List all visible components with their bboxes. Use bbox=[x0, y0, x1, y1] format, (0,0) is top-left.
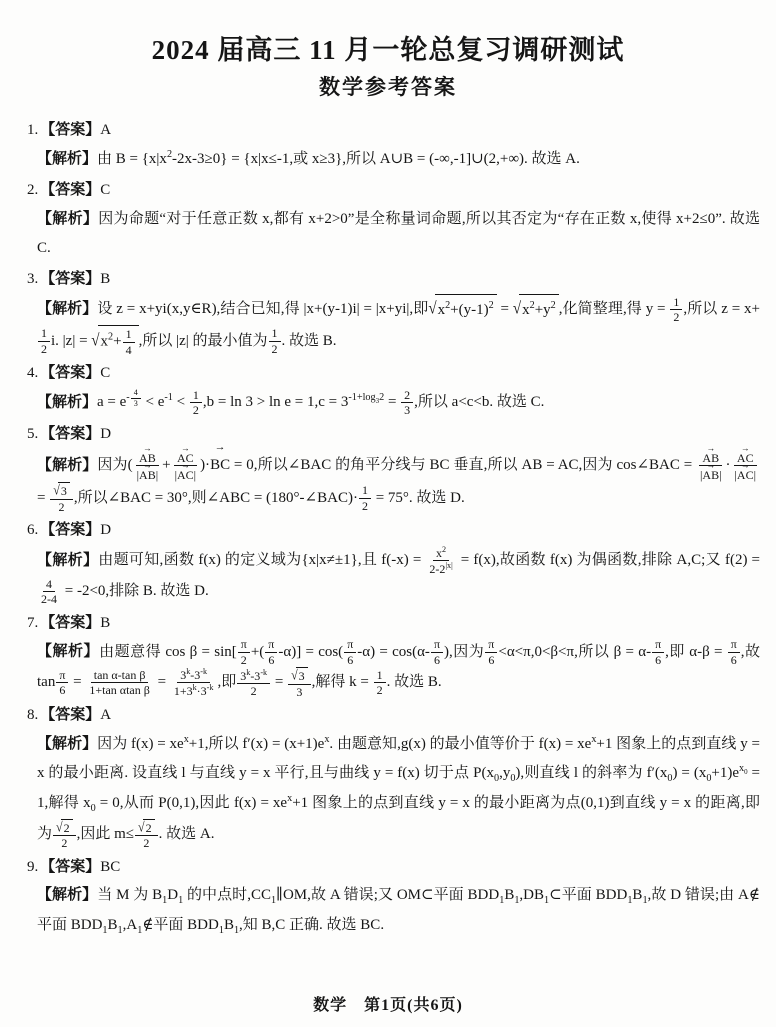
analysis-body: 因为 f(x) = xex+1,所以 f′(x) = (x+1)ex. 由题意知… bbox=[37, 736, 760, 842]
fraction: √22 bbox=[134, 819, 159, 851]
fraction: π6 bbox=[484, 637, 498, 667]
fraction: x22-2|x| bbox=[425, 545, 456, 577]
analysis-body: 由题意得 cos β = sin[π2+(π6-α)] = cos(π6-α) … bbox=[37, 644, 760, 691]
answer-line: 6.【答案】D bbox=[27, 517, 776, 545]
answer-block: 3.【答案】B 【解析】设 z = x+yi(x,y∈R),结合已知,得 |x+… bbox=[0, 266, 776, 357]
sqrt-radical: √2 bbox=[56, 819, 73, 835]
answer-line: 5.【答案】D bbox=[27, 421, 776, 449]
answer-block: 5.【答案】D 【解析】因为(AB|AB|+AC|AC|)·BC = 0,所以∠… bbox=[0, 421, 776, 514]
answer-block: 6.【答案】D 【解析】由题可知,函数 f(x) 的定义域为{x|x≠±1},且… bbox=[0, 517, 776, 606]
answer-label: 【答案】 bbox=[40, 365, 100, 381]
fraction: 12 bbox=[37, 326, 51, 356]
fraction: 42-4 bbox=[37, 577, 61, 607]
answer-line: 3.【答案】B bbox=[27, 266, 776, 294]
fraction: π6 bbox=[430, 637, 444, 667]
answer-label: 【答案】 bbox=[40, 707, 100, 723]
answer-label: 【答案】 bbox=[40, 122, 100, 138]
fraction: π6 bbox=[727, 637, 741, 667]
answer-block: 4.【答案】C 【解析】a = e-43 < e-1 < 12,b = ln 3… bbox=[0, 360, 776, 418]
analysis-body: a = e-43 < e-1 < 12,b = ln 3 > ln e = 1,… bbox=[97, 394, 544, 410]
analysis-label: 【解析】 bbox=[37, 644, 99, 660]
fraction: π6 bbox=[651, 637, 665, 667]
answers-list: 1.【答案】A 【解析】由 B = {x|x2-2x-3≥0} = {x|x≤-… bbox=[0, 117, 776, 941]
analysis-body: 设 z = x+yi(x,y∈R),结合已知,得 |x+(y-1)i| = |x… bbox=[37, 301, 760, 349]
vector-arrow: BC bbox=[210, 451, 230, 480]
analysis-body: 因为命题“对于任意正数 x,都有 x+2>0”是全称量词命题,所以其否定为“存在… bbox=[37, 211, 760, 256]
analysis-label: 【解析】 bbox=[37, 211, 98, 227]
answer-block: 2.【答案】C 【解析】因为命题“对于任意正数 x,都有 x+2>0”是全称量词… bbox=[0, 177, 776, 263]
analysis-paragraph: 【解析】因为(AB|AB|+AC|AC|)·BC = 0,所以∠BAC 的角平分… bbox=[37, 449, 760, 515]
answer-label: 【答案】 bbox=[40, 271, 100, 287]
answer-label: 【答案】 bbox=[40, 615, 100, 631]
fraction: 14 bbox=[122, 327, 136, 357]
answer-label: 【答案】 bbox=[40, 859, 100, 875]
answer-line: 8.【答案】A bbox=[27, 702, 776, 730]
document-page: 2024 届高三 11 月一轮总复习调研测试 数学参考答案 1.【答案】A 【解… bbox=[0, 0, 776, 941]
analysis-label: 【解析】 bbox=[37, 394, 97, 410]
answer-block: 1.【答案】A 【解析】由 B = {x|x2-2x-3≥0} = {x|x≤-… bbox=[0, 117, 776, 174]
analysis-paragraph: 【解析】因为 f(x) = xex+1,所以 f′(x) = (x+1)ex. … bbox=[37, 730, 760, 851]
question-number: 8. bbox=[27, 707, 38, 723]
question-number: 6. bbox=[27, 522, 38, 538]
fraction: 3k-3-k1+3k·3-k bbox=[170, 667, 218, 699]
fraction: AB|AB| bbox=[133, 449, 162, 483]
fraction: 12 bbox=[373, 668, 387, 698]
analysis-label: 【解析】 bbox=[37, 736, 97, 752]
answer-letter: C bbox=[100, 365, 110, 381]
sqrt-radical: √x2+14 bbox=[91, 325, 138, 357]
page-title: 2024 届高三 11 月一轮总复习调研测试 bbox=[0, 28, 776, 67]
fraction: √33 bbox=[287, 667, 312, 699]
fraction: √32 bbox=[49, 482, 74, 514]
fraction: 12 bbox=[268, 326, 282, 356]
fraction: π6 bbox=[343, 637, 357, 667]
answer-letter: A bbox=[100, 122, 111, 138]
analysis-label: 【解析】 bbox=[37, 301, 97, 317]
sqrt-radical: √3 bbox=[291, 667, 308, 683]
answer-line: 1.【答案】A bbox=[27, 117, 776, 145]
fraction: AC|AC| bbox=[731, 449, 760, 483]
answer-letter: B bbox=[100, 615, 110, 631]
answer-letter: A bbox=[100, 707, 111, 723]
fraction: 12 bbox=[189, 388, 203, 418]
answer-block: 8.【答案】A 【解析】因为 f(x) = xex+1,所以 f′(x) = (… bbox=[0, 702, 776, 851]
answer-line: 4.【答案】C bbox=[27, 360, 776, 388]
analysis-label: 【解析】 bbox=[37, 151, 97, 167]
fraction: 23 bbox=[400, 388, 414, 418]
vector-arrow: AB bbox=[702, 468, 719, 482]
question-number: 7. bbox=[27, 615, 38, 631]
fraction: tan α-tan β1+tan αtan β bbox=[85, 668, 153, 698]
answer-label: 【答案】 bbox=[40, 182, 100, 198]
fraction: 43 bbox=[130, 388, 142, 409]
page-subtitle: 数学参考答案 bbox=[0, 71, 776, 101]
fraction: π6 bbox=[264, 637, 278, 667]
analysis-paragraph: 【解析】设 z = x+yi(x,y∈R),结合已知,得 |x+(y-1)i| … bbox=[37, 294, 760, 357]
fraction: 12 bbox=[669, 295, 683, 325]
answer-label: 【答案】 bbox=[40, 426, 100, 442]
fraction: π2 bbox=[237, 637, 251, 667]
fraction: π6 bbox=[55, 668, 69, 698]
fraction: AC|AC| bbox=[171, 449, 200, 483]
analysis-body: 当 M 为 B1D1 的中点时,CC1∥OM,故 A 错误;又 OM⊂平面 BD… bbox=[37, 887, 760, 933]
analysis-label: 【解析】 bbox=[37, 457, 97, 473]
question-number: 5. bbox=[27, 426, 38, 442]
vector-arrow: AB bbox=[139, 468, 156, 482]
question-number: 3. bbox=[27, 271, 38, 287]
analysis-body: 由 B = {x|x2-2x-3≥0} = {x|x≤-1,或 x≥3},所以 … bbox=[97, 151, 580, 167]
sqrt-radical: √x2+(y-1)2 bbox=[428, 294, 496, 325]
vector-arrow: AC bbox=[177, 468, 194, 482]
fraction: AB|AB| bbox=[696, 449, 725, 483]
analysis-label: 【解析】 bbox=[37, 552, 98, 568]
analysis-paragraph: 【解析】因为命题“对于任意正数 x,都有 x+2>0”是全称量词命题,所以其否定… bbox=[37, 205, 760, 264]
answer-label: 【答案】 bbox=[40, 522, 100, 538]
analysis-body: 由题可知,函数 f(x) 的定义域为{x|x≠±1},且 f(-x) = x22… bbox=[37, 552, 760, 599]
answer-letter: D bbox=[100, 522, 111, 538]
sqrt-radical: √2 bbox=[138, 819, 155, 835]
vector-arrow: AC bbox=[737, 468, 754, 482]
question-number: 2. bbox=[27, 182, 38, 198]
fraction: 3k-3-k2 bbox=[236, 668, 271, 699]
answer-letter: BC bbox=[100, 859, 120, 875]
answer-line: 9.【答案】BC bbox=[27, 854, 776, 882]
question-number: 4. bbox=[27, 365, 38, 381]
fraction: √22 bbox=[52, 819, 77, 851]
analysis-body: 因为(AB|AB|+AC|AC|)·BC = 0,所以∠BAC 的角平分线与 B… bbox=[37, 457, 760, 506]
page-footer: 数学 第1页(共6页) bbox=[0, 992, 776, 1015]
answer-line: 2.【答案】C bbox=[27, 177, 776, 205]
sqrt-radical: √x2+y2 bbox=[513, 294, 559, 325]
answer-line: 7.【答案】B bbox=[27, 610, 776, 638]
answer-letter: D bbox=[100, 426, 111, 442]
fraction: 12 bbox=[358, 483, 372, 513]
answer-letter: B bbox=[100, 271, 110, 287]
analysis-label: 【解析】 bbox=[37, 887, 97, 903]
question-number: 1. bbox=[27, 122, 38, 138]
analysis-paragraph: 【解析】a = e-43 < e-1 < 12,b = ln 3 > ln e … bbox=[37, 388, 760, 418]
answer-block: 9.【答案】BC 【解析】当 M 为 B1D1 的中点时,CC1∥OM,故 A … bbox=[0, 854, 776, 942]
sqrt-radical: √3 bbox=[53, 482, 70, 498]
analysis-paragraph: 【解析】由题可知,函数 f(x) 的定义域为{x|x≠±1},且 f(-x) =… bbox=[37, 545, 760, 607]
answer-letter: C bbox=[100, 182, 110, 198]
analysis-paragraph: 【解析】由 B = {x|x2-2x-3≥0} = {x|x≤-1,或 x≥3}… bbox=[37, 145, 760, 174]
analysis-paragraph: 【解析】由题意得 cos β = sin[π2+(π6-α)] = cos(π6… bbox=[37, 637, 760, 699]
question-number: 9. bbox=[27, 859, 38, 875]
answer-block: 7.【答案】B 【解析】由题意得 cos β = sin[π2+(π6-α)] … bbox=[0, 610, 776, 699]
analysis-paragraph: 【解析】当 M 为 B1D1 的中点时,CC1∥OM,故 A 错误;又 OM⊂平… bbox=[37, 881, 760, 941]
